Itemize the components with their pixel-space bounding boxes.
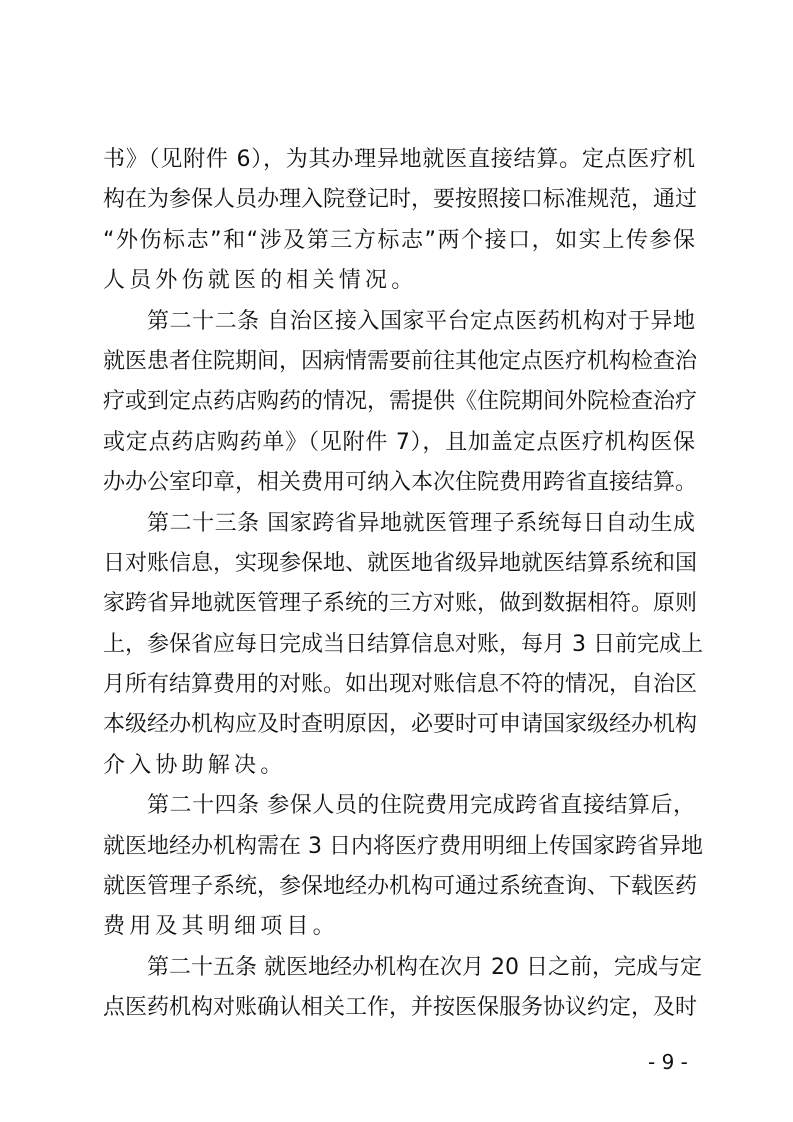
text-line: 就医地经办机构需在 3 日内将医疗费用明细上传国家跨省异地 [103,827,695,867]
text-line: “外伤标志”和“涉及第三方标志”两个接口，如实上传参保 [103,221,695,261]
document-body: 书》（见附件 6），为其办理异地就医直接结算。定点医疗机 构在为参保人员办理入院… [103,140,695,1029]
text-line: 就医患者住院期间，因病情需要前往其他定点医疗机构检查治 [103,342,695,382]
text-line: 上，参保省应每日完成当日结算信息对账，每月 3 日前完成上 [103,625,695,665]
article-heading-line: 第二十三条 国家跨省异地就医管理子系统每日自动生成 [103,504,695,544]
document-page: 书》（见附件 6），为其办理异地就医直接结算。定点医疗机 构在为参保人员办理入院… [0,0,793,1122]
text-line: 人员外伤就医的相关情况。 [103,261,695,301]
text-line: 介入协助解决。 [103,746,695,786]
text-line: 办办公室印章，相关费用可纳入本次住院费用跨省直接结算。 [103,463,695,503]
page-number: - 9 - [648,1050,688,1074]
text-line: 点医药机构对账确认相关工作，并按医保服务协议约定，及时 [103,988,695,1028]
text-line: 或定点药店购药单》（见附件 7），且加盖定点医疗机构医保 [103,423,695,463]
text-line: 书》（见附件 6），为其办理异地就医直接结算。定点医疗机 [103,140,695,180]
text-line: 就医管理子系统，参保地经办机构可通过系统查询、下载医药 [103,867,695,907]
text-line: 月所有结算费用的对账。如出现对账信息不符的情况，自治区 [103,665,695,705]
text-line: 疗或到定点药店购药的情况，需提供《住院期间外院检查治疗 [103,382,695,422]
article-heading-line: 第二十二条 自治区接入国家平台定点医药机构对于异地 [103,302,695,342]
text-line: 日对账信息，实现参保地、就医地省级异地就医结算系统和国 [103,544,695,584]
text-line: 家跨省异地就医管理子系统的三方对账，做到数据相符。原则 [103,584,695,624]
article-heading-line: 第二十五条 就医地经办机构在次月 20 日之前，完成与定 [103,948,695,988]
text-line: 本级经办机构应及时查明原因，必要时可申请国家级经办机构 [103,705,695,745]
text-line: 费用及其明细项目。 [103,907,695,947]
article-heading-line: 第二十四条 参保人员的住院费用完成跨省直接结算后， [103,786,695,826]
text-line: 构在为参保人员办理入院登记时，要按照接口标准规范，通过 [103,180,695,220]
